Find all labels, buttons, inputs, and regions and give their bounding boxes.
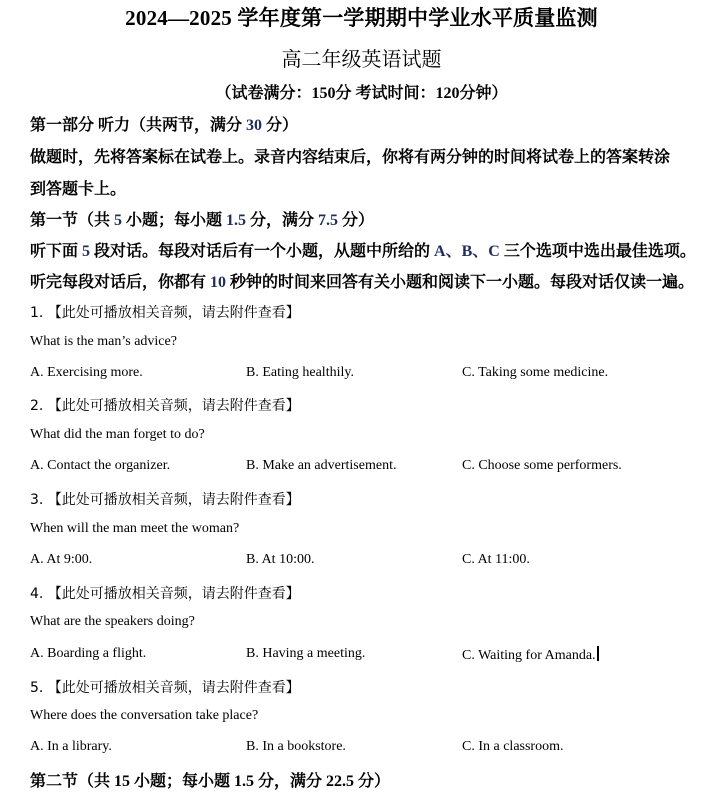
text: 听完每段对话后，你都有 (30, 274, 210, 291)
option-c: C. In a classroom. (462, 739, 563, 755)
text-cursor (597, 646, 599, 661)
exam-time: 120 (436, 85, 460, 102)
option-c: C. Taking some medicine. (462, 365, 608, 381)
option-b: B. Eating healthily. (246, 365, 354, 381)
meta-suffix: 分钟） (460, 85, 508, 102)
question-text: Where does the conversation take place? (30, 708, 258, 724)
audio-placeholder-link[interactable]: 2. 【此处可播放相关音频，请去附件查看】 (30, 395, 300, 415)
exam-subtitle: 高二年级英语试题 (0, 43, 723, 72)
text: 第一节（共 (30, 212, 114, 229)
option-letters: A、B、C (434, 243, 500, 260)
text: 听下面 (30, 243, 82, 260)
option-c: C. Choose some performers. (462, 458, 622, 474)
text: 小题；每小题 (122, 212, 226, 229)
option-a: A. Boarding a flight. (30, 646, 146, 662)
part1-heading-suffix: 分） (262, 117, 298, 134)
audio-placeholder-link[interactable]: 3. 【此处可播放相关音频，请去附件查看】 (30, 489, 300, 509)
text: 分，满分 (246, 212, 318, 229)
question-text: What did the man forget to do? (30, 427, 205, 443)
question-text: When will the man meet the woman? (30, 521, 239, 537)
option-a: A. Exercising more. (30, 365, 143, 381)
option-c[interactable]: C. Waiting for Amanda. (462, 646, 599, 664)
part1-instruction-line1: 做题时，先将答案标在试卷上。录音内容结束后，你将有两分钟的时间将试卷上的答案转涂 (30, 144, 670, 167)
audio-placeholder-link[interactable]: 1. 【此处可播放相关音频，请去附件查看】 (30, 302, 300, 322)
audio-placeholder-link[interactable]: 5. 【此处可播放相关音频，请去附件查看】 (30, 677, 300, 697)
text: 秒钟的时间来回答有关小题和阅读下一小题。每段对话仅读一遍。 (226, 274, 694, 291)
seconds: 10 (210, 274, 226, 291)
section2-heading: 第二节（共 15 小题；每小题 1.5 分，满分 22.5 分） (30, 768, 390, 791)
option-a: A. In a library. (30, 739, 112, 755)
option-a: A. At 9:00. (30, 552, 92, 568)
section1-instruction-line1: 听下面 5 段对话。每段对话后有一个小题，从题中所给的 A、B、C 三个选项中选… (30, 238, 696, 261)
exam-title: 2024—2025 学年度第一学期期中学业水平质量监测 (0, 2, 723, 32)
part1-instruction-line2: 到答题卡上。 (30, 176, 126, 199)
option-b: B. At 10:00. (246, 552, 314, 568)
section1-instruction-line2: 听完每段对话后，你都有 10 秒钟的时间来回答有关小题和阅读下一小题。每段对话仅… (30, 269, 694, 292)
text: 段对话。每段对话后有一个小题，从题中所给的 (90, 243, 434, 260)
option-c-text: C. Waiting for Amanda. (462, 648, 596, 663)
question-text: What is the man’s advice? (30, 334, 177, 350)
text: 分） (338, 212, 374, 229)
text: 三个选项中选出最佳选项。 (500, 243, 696, 260)
audio-placeholder-link[interactable]: 4. 【此处可播放相关音频，请去附件查看】 (30, 583, 300, 603)
part1-heading-text: 第一部分 听力（共两节，满分 (30, 117, 246, 134)
option-b: B. Make an advertisement. (246, 458, 396, 474)
dialogue-count: 5 (82, 243, 90, 260)
section1-heading: 第一节（共 5 小题；每小题 1.5 分，满分 7.5 分） (30, 207, 374, 230)
question-text: What are the speakers doing? (30, 614, 195, 630)
option-a: A. Contact the organizer. (30, 458, 170, 474)
score-each: 1.5 (226, 212, 246, 229)
option-b: B. Having a meeting. (246, 646, 365, 662)
exam-meta: （试卷满分：150分 考试时间：120分钟） (0, 80, 723, 103)
part1-score: 30 (246, 117, 262, 134)
question-count: 5 (114, 212, 122, 229)
part1-heading: 第一部分 听力（共两节，满分 30 分） (30, 112, 298, 135)
score-total: 7.5 (318, 212, 338, 229)
meta-mid: 分 考试时间： (335, 85, 435, 102)
option-c: C. At 11:00. (462, 552, 530, 568)
full-score: 150 (311, 85, 335, 102)
meta-prefix: （试卷满分： (215, 85, 311, 102)
option-b: B. In a bookstore. (246, 739, 346, 755)
